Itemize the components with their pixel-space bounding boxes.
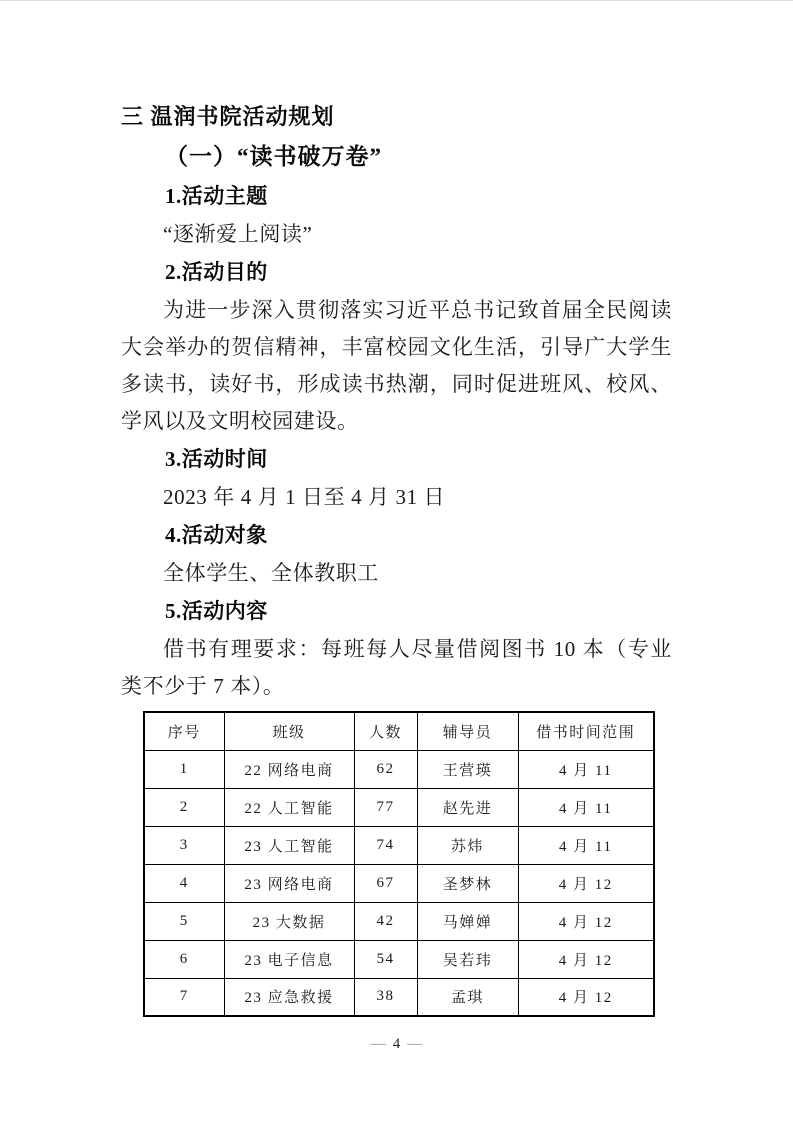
cell-index: 5	[144, 902, 224, 940]
cell-time-range: 4 月 11	[518, 788, 654, 826]
cell-time-range: 4 月 11	[518, 750, 654, 788]
cell-index: 4	[144, 864, 224, 902]
cell-counselor: 孟琪	[417, 978, 518, 1016]
cell-count: 62	[354, 750, 417, 788]
section-text: 2023 年 4 月 1 日至 4 月 31 日	[121, 479, 672, 516]
cell-class: 23 电子信息	[224, 940, 354, 978]
section-label: 1.活动主题	[121, 177, 672, 216]
column-header-count: 人数	[354, 712, 417, 750]
cell-class: 23 大数据	[224, 902, 354, 940]
cell-index: 7	[144, 978, 224, 1016]
cell-time-range: 4 月 11	[518, 826, 654, 864]
cell-counselor: 圣梦林	[417, 864, 518, 902]
cell-index: 1	[144, 750, 224, 788]
subsection-heading: （一）“读书破万卷”	[121, 137, 672, 177]
cell-index: 3	[144, 826, 224, 864]
section-text: 为进一步深入贯彻落实习近平总书记致首届全民阅读大会举办的贺信精神，丰富校园文化生…	[121, 292, 672, 440]
section-activity-audience: 4.活动对象 全体学生、全体教职工	[121, 516, 672, 592]
cell-class: 22 网络电商	[224, 750, 354, 788]
cell-class: 23 人工智能	[224, 826, 354, 864]
section-label: 3.活动时间	[121, 440, 672, 479]
footer-dash-left: —	[371, 1036, 386, 1052]
cell-class: 22 人工智能	[224, 788, 354, 826]
section-activity-theme: 1.活动主题 “逐渐爱上阅读”	[121, 177, 672, 253]
cell-count: 42	[354, 902, 417, 940]
column-header-class: 班级	[224, 712, 354, 750]
table-row: 6 23 电子信息 54 吴若玮 4 月 12	[144, 940, 654, 978]
cell-count: 74	[354, 826, 417, 864]
cell-time-range: 4 月 12	[518, 864, 654, 902]
cell-counselor: 赵先进	[417, 788, 518, 826]
table-row: 2 22 人工智能 77 赵先进 4 月 11	[144, 788, 654, 826]
column-header-time-range: 借书时间范围	[518, 712, 654, 750]
cell-counselor: 苏炜	[417, 826, 518, 864]
cell-index: 6	[144, 940, 224, 978]
cell-count: 38	[354, 978, 417, 1016]
column-header-counselor: 辅导员	[417, 712, 518, 750]
section-activity-time: 3.活动时间 2023 年 4 月 1 日至 4 月 31 日	[121, 440, 672, 516]
cell-count: 54	[354, 940, 417, 978]
section-label: 5.活动内容	[121, 592, 672, 631]
class-borrowing-table-wrap: 序号 班级 人数 辅导员 借书时间范围 1 22 网络电商 62 王营瑛 4 月…	[143, 711, 672, 1017]
cell-time-range: 4 月 12	[518, 978, 654, 1016]
table-header-row: 序号 班级 人数 辅导员 借书时间范围	[144, 712, 654, 750]
section-label: 2.活动目的	[121, 253, 672, 292]
table-row: 5 23 大数据 42 马婵婵 4 月 12	[144, 902, 654, 940]
cell-class: 23 应急救援	[224, 978, 354, 1016]
class-borrowing-table: 序号 班级 人数 辅导员 借书时间范围 1 22 网络电商 62 王营瑛 4 月…	[143, 711, 655, 1017]
cell-counselor: 王营瑛	[417, 750, 518, 788]
table-row: 4 23 网络电商 67 圣梦林 4 月 12	[144, 864, 654, 902]
table-row: 3 23 人工智能 74 苏炜 4 月 11	[144, 826, 654, 864]
section-label: 4.活动对象	[121, 516, 672, 555]
section-activity-purpose: 2.活动目的 为进一步深入贯彻落实习近平总书记致首届全民阅读大会举办的贺信精神，…	[121, 253, 672, 440]
page-footer: —4—	[0, 1036, 793, 1053]
column-header-index: 序号	[144, 712, 224, 750]
cell-counselor: 马婵婵	[417, 902, 518, 940]
section-text: “逐渐爱上阅读”	[121, 216, 672, 253]
document-page: 三 温润书院活动规划 （一）“读书破万卷” 1.活动主题 “逐渐爱上阅读” 2.…	[0, 0, 793, 1122]
table-row: 1 22 网络电商 62 王营瑛 4 月 11	[144, 750, 654, 788]
section-text: 借书有理要求：每班每人尽量借阅图书 10 本（专业类不少于 7 本）。	[121, 631, 672, 705]
document-body: 三 温润书院活动规划 （一）“读书破万卷” 1.活动主题 “逐渐爱上阅读” 2.…	[121, 97, 672, 1017]
page-number: 4	[386, 1036, 408, 1052]
cell-count: 67	[354, 864, 417, 902]
section-text: 全体学生、全体教职工	[121, 555, 672, 592]
cell-counselor: 吴若玮	[417, 940, 518, 978]
footer-dash-right: —	[407, 1036, 422, 1052]
section-activity-content: 5.活动内容 借书有理要求：每班每人尽量借阅图书 10 本（专业类不少于 7 本…	[121, 592, 672, 705]
cell-time-range: 4 月 12	[518, 940, 654, 978]
cell-time-range: 4 月 12	[518, 902, 654, 940]
cell-class: 23 网络电商	[224, 864, 354, 902]
cell-index: 2	[144, 788, 224, 826]
section-heading: 三 温润书院活动规划	[121, 97, 672, 137]
table-row: 7 23 应急救援 38 孟琪 4 月 12	[144, 978, 654, 1016]
cell-count: 77	[354, 788, 417, 826]
